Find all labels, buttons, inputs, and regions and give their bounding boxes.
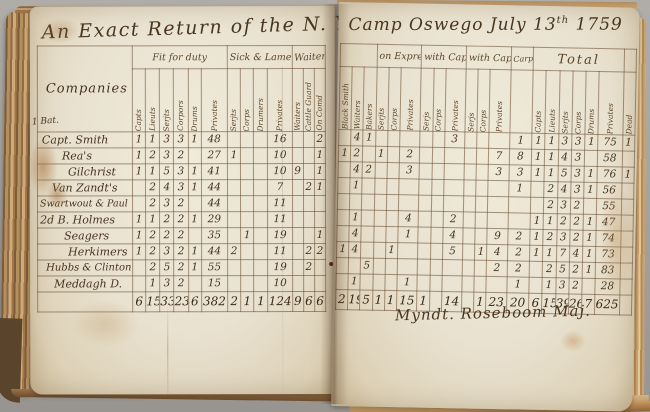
value-cell	[227, 180, 240, 196]
value-cell	[418, 211, 430, 227]
subcolumn-label-text: Corps	[243, 109, 251, 132]
value-cell: 1	[543, 245, 557, 261]
value-cell	[387, 146, 399, 162]
value-cell	[385, 258, 397, 274]
value-cell: 1	[188, 244, 201, 260]
value-cell	[241, 260, 254, 276]
value-cell	[443, 196, 464, 212]
value-cell: 11	[268, 244, 292, 260]
value-cell	[444, 164, 465, 180]
value-cell: 3	[555, 278, 569, 294]
value-cell	[397, 243, 418, 259]
value-cell: 4	[442, 228, 463, 244]
value-cell: 5	[361, 258, 374, 274]
value-cell: 1	[363, 130, 376, 146]
value-cell	[254, 212, 268, 228]
subcolumn-label: Privates	[268, 69, 292, 132]
value-cell	[361, 226, 374, 242]
value-cell	[429, 275, 441, 291]
column-group-label: Total	[533, 47, 624, 72]
value-cell: 2	[146, 260, 160, 276]
value-cell: 2	[303, 180, 314, 196]
value-cell: 1	[146, 276, 160, 292]
value-cell: 1	[545, 133, 559, 149]
value-cell: 10	[268, 276, 292, 292]
value-cell	[462, 276, 474, 292]
value-cell: 3	[488, 164, 509, 180]
value-cell	[374, 210, 386, 226]
subcolumn-label-text: Waiters	[353, 100, 361, 129]
company-name-cell: Gilchrist	[37, 164, 132, 180]
value-cell: 1	[532, 133, 546, 149]
subcolumn-label: Drums	[585, 71, 599, 134]
value-cell: 2	[174, 228, 188, 244]
total-cell: 1	[241, 292, 254, 312]
value-cell	[292, 260, 303, 276]
total-cell: 2	[228, 292, 241, 312]
value-cell	[474, 276, 486, 292]
value-cell: 1	[227, 148, 240, 164]
value-cell: 5	[160, 260, 174, 276]
value-cell: 1	[583, 214, 597, 230]
value-cell	[619, 279, 632, 295]
companies-header: Companies	[37, 46, 132, 132]
subcolumn-label-text: Corps	[575, 111, 583, 134]
value-cell	[464, 164, 476, 180]
value-cell: 2	[507, 245, 530, 261]
subcolumn-label-text: Privates	[406, 99, 414, 130]
value-cell: 1	[545, 149, 559, 165]
value-cell	[465, 132, 477, 148]
value-cell	[386, 178, 398, 194]
value-cell: 1	[508, 181, 531, 197]
subcolumn-label-text: Corpors	[177, 101, 185, 132]
subcolumn-label: Cattle Guard	[303, 69, 314, 132]
value-cell	[508, 197, 531, 213]
company-name-cell: Capt. Smith	[37, 132, 132, 148]
value-cell: 7	[268, 180, 292, 196]
value-cell	[292, 148, 303, 164]
value-cell: 2	[174, 260, 188, 276]
value-cell	[420, 147, 432, 163]
value-cell	[418, 227, 430, 243]
value-cell	[227, 212, 240, 228]
value-cell: 19	[268, 260, 292, 276]
value-cell	[240, 164, 253, 180]
value-cell: 3	[557, 198, 571, 214]
value-cell: 5	[558, 166, 572, 182]
subcolumn-label-text: Drumers	[257, 98, 265, 131]
value-cell: 1	[475, 244, 487, 260]
value-cell	[508, 213, 531, 229]
value-cell	[254, 260, 268, 276]
value-cell	[463, 196, 475, 212]
total-cell	[619, 295, 632, 315]
value-cell: 1	[132, 148, 145, 164]
column-group-label: Carpenters	[511, 46, 534, 70]
value-cell: 3	[160, 148, 174, 164]
value-cell	[488, 180, 509, 196]
value-cell: 1	[146, 164, 160, 180]
value-cell	[361, 242, 374, 258]
value-cell	[374, 194, 386, 210]
value-cell	[303, 212, 314, 228]
value-cell: 2	[487, 260, 508, 276]
value-cell	[132, 180, 145, 196]
value-cell	[431, 195, 443, 211]
value-cell: 76	[597, 166, 622, 182]
value-cell	[254, 228, 268, 244]
total-cell: 124	[268, 292, 292, 312]
value-cell: 3	[160, 276, 174, 292]
value-cell	[254, 196, 268, 212]
value-cell: 2	[146, 244, 160, 260]
value-cell: 7	[489, 148, 510, 164]
value-cell: 2	[303, 260, 314, 276]
value-cell	[488, 196, 509, 212]
value-cell	[363, 146, 376, 162]
right-page: Camp Oswego July 13th 1759 on Expressesw…	[331, 2, 640, 412]
value-cell: 19	[268, 228, 292, 244]
value-cell	[582, 278, 596, 294]
subcolumn-label-text: Privates	[210, 100, 218, 131]
value-cell	[400, 131, 421, 147]
value-cell	[620, 247, 633, 263]
subcolumn-label-text: Privates	[451, 100, 459, 131]
value-cell: 7	[556, 246, 570, 262]
camp-date-text: Camp Oswego July 13	[348, 15, 556, 35]
value-cell	[443, 180, 464, 196]
total-cell: 6	[188, 292, 201, 312]
camp-date-line: Camp Oswego July 13th 1759	[348, 15, 622, 35]
subcolumn-label: Serjts	[227, 69, 240, 132]
company-name-cell: Rea's	[37, 148, 132, 164]
value-cell	[489, 132, 510, 148]
value-cell	[584, 150, 598, 166]
value-cell: 2	[508, 229, 531, 245]
value-cell	[132, 196, 145, 212]
right-muster-table: on Expresseswith Capt M.Kaywith Capt Fla…	[335, 43, 637, 316]
value-cell	[133, 276, 146, 292]
value-cell: 1	[507, 277, 530, 293]
value-cell	[463, 212, 475, 228]
value-cell: 1	[530, 245, 544, 261]
value-cell	[292, 228, 303, 244]
value-cell	[227, 196, 240, 212]
value-cell: 1	[188, 260, 201, 276]
value-cell: 1	[622, 135, 635, 151]
value-cell	[374, 178, 386, 194]
value-cell: 2	[174, 244, 188, 260]
subcolumn-label: Drumers	[253, 69, 267, 132]
value-cell	[477, 132, 489, 148]
value-cell: 2	[160, 212, 174, 228]
value-cell: 2	[570, 230, 584, 246]
value-cell: 5	[442, 244, 463, 260]
value-cell	[464, 180, 476, 196]
value-cell: 1	[582, 262, 596, 278]
value-cell	[417, 275, 429, 291]
value-cell	[477, 148, 489, 164]
total-cell: 23	[174, 292, 188, 312]
value-cell	[442, 260, 463, 276]
value-cell: 9	[292, 164, 303, 180]
value-cell	[486, 276, 507, 292]
value-cell: 11	[268, 196, 292, 212]
value-cell: 74	[596, 230, 621, 246]
value-cell: 1	[146, 212, 160, 228]
value-cell	[292, 212, 303, 228]
subcolumn-label: Privates	[598, 72, 624, 135]
value-cell: 2	[146, 196, 160, 212]
value-cell	[303, 164, 314, 180]
value-cell	[386, 226, 398, 242]
value-cell	[292, 132, 303, 148]
value-cell: 55	[597, 198, 622, 214]
value-cell	[241, 244, 254, 260]
value-cell	[529, 261, 543, 277]
value-cell	[240, 132, 253, 148]
value-cell: 2	[543, 229, 557, 245]
value-cell: 3	[399, 163, 420, 179]
right-table-header: on Expresseswith Capt M.Kaywith Capt Fla…	[339, 44, 637, 136]
value-cell	[303, 276, 314, 292]
value-cell: 2	[146, 228, 160, 244]
subcolumn-label-text: Serjts	[230, 109, 238, 131]
total-cell: 15	[146, 292, 160, 312]
value-cell: 4	[569, 246, 583, 262]
value-cell: 2	[174, 276, 188, 292]
value-cell: 1	[133, 244, 146, 260]
total-cell: 19	[348, 290, 361, 310]
value-cell	[303, 148, 314, 164]
value-cell	[398, 195, 419, 211]
value-cell: 56	[597, 182, 622, 198]
subcolumn-label: Serjts	[160, 69, 174, 132]
value-cell: 3	[570, 182, 584, 198]
camp-date-year: 1759	[569, 15, 623, 35]
value-cell	[387, 162, 399, 178]
value-cell	[444, 148, 465, 164]
value-cell: 3	[160, 132, 174, 148]
value-cell	[292, 244, 303, 260]
subcolumn-label: Lieuts	[545, 70, 559, 133]
value-cell: 3	[509, 165, 532, 181]
value-cell: 1	[582, 246, 596, 262]
value-cell: 2	[228, 244, 241, 260]
value-cell	[303, 228, 314, 244]
value-cell: 41	[201, 164, 227, 180]
subcolumn-label: Privates	[445, 69, 467, 132]
camp-date-superscript: th	[557, 15, 569, 26]
value-cell	[476, 180, 488, 196]
value-cell	[254, 164, 268, 180]
subcolumn-label: Privates	[201, 69, 227, 132]
value-cell: 2	[507, 261, 530, 277]
value-cell	[431, 211, 443, 227]
subcolumn-label-text: Serjts	[561, 111, 569, 133]
value-cell: 1	[531, 149, 545, 165]
value-cell: 2	[544, 181, 558, 197]
value-cell: 1	[188, 132, 201, 148]
value-cell: 1	[530, 213, 544, 229]
value-cell	[241, 180, 254, 196]
subcolumn-label: Privates	[489, 69, 511, 132]
value-cell	[432, 163, 444, 179]
value-cell: 4	[349, 226, 361, 242]
value-cell	[419, 179, 431, 195]
value-cell	[387, 130, 399, 146]
value-cell: 1	[530, 229, 544, 245]
company-name-cell: Swartwout & Paul	[38, 196, 133, 212]
value-cell: 1	[132, 164, 145, 180]
value-cell: 3	[571, 150, 585, 166]
value-cell	[375, 162, 387, 178]
value-cell	[531, 181, 545, 197]
value-cell: 1	[583, 230, 597, 246]
value-cell: 3	[160, 196, 174, 212]
value-cell: 8	[509, 149, 532, 165]
subcolumn-label-text: Lieuts	[548, 110, 556, 134]
value-cell: 9	[487, 228, 508, 244]
value-cell	[254, 180, 268, 196]
value-cell: 1	[397, 275, 418, 291]
value-cell: 1	[584, 182, 598, 198]
value-cell	[227, 228, 240, 244]
value-cell	[292, 180, 303, 196]
value-cell	[386, 194, 398, 210]
value-cell: 1	[350, 178, 362, 194]
value-cell	[621, 199, 634, 215]
value-cell: 2	[569, 262, 583, 278]
value-cell: 4	[351, 130, 363, 146]
value-cell	[399, 179, 420, 195]
value-cell	[430, 259, 442, 275]
value-cell: 1	[585, 134, 599, 150]
value-cell: 44	[201, 244, 227, 260]
value-cell: 2	[569, 278, 583, 294]
value-cell: 47	[596, 214, 621, 230]
value-cell: 44	[201, 180, 227, 196]
subcolumn-label: Drums	[188, 69, 201, 132]
value-cell	[531, 197, 545, 213]
value-cell	[254, 132, 268, 148]
value-cell: 3	[556, 230, 570, 246]
value-cell	[188, 228, 201, 244]
subcolumn-label: Corps	[572, 71, 586, 134]
column-group-label: Fit for duty	[132, 46, 227, 69]
right-table-body: 4131113317511212781143584233311531761112…	[335, 130, 634, 316]
value-cell: 3	[558, 134, 572, 150]
value-cell	[254, 148, 268, 164]
open-ledger-book: An Exact Return of the N. York Regim. 1 …	[0, 0, 650, 412]
value-cell	[188, 196, 201, 212]
value-cell	[373, 258, 385, 274]
value-cell	[362, 194, 375, 210]
value-cell	[432, 147, 444, 163]
value-cell: 3	[444, 132, 465, 148]
value-cell: 4	[350, 162, 362, 178]
column-group-label	[624, 49, 637, 72]
value-cell	[464, 148, 476, 164]
value-cell: 4	[557, 182, 571, 198]
column-group-label: with Capt Flatkin	[466, 46, 511, 70]
value-cell	[254, 276, 268, 292]
value-cell: 5	[160, 164, 174, 180]
value-cell: 83	[595, 262, 620, 278]
total-cell: 1	[372, 290, 385, 310]
value-cell	[475, 212, 487, 228]
subcolumn-label-text: Waiters	[294, 102, 302, 131]
value-cell: 16	[268, 132, 292, 148]
value-cell: 1	[509, 133, 532, 149]
value-cell: 55	[201, 260, 227, 276]
value-cell: 11	[268, 212, 292, 228]
value-cell: 1	[133, 212, 146, 228]
company-name-cell: Van Zandt's	[37, 180, 132, 196]
value-cell	[241, 276, 254, 292]
value-cell: 4	[487, 244, 508, 260]
value-cell	[430, 227, 442, 243]
value-cell: 3	[571, 134, 585, 150]
value-cell	[475, 228, 487, 244]
value-cell	[622, 151, 635, 167]
column-group-label: with Capt M.Kay	[421, 45, 466, 69]
value-cell	[375, 130, 387, 146]
total-cell: 6	[133, 292, 146, 312]
value-cell	[303, 196, 314, 212]
value-cell	[420, 131, 432, 147]
value-cell: 4	[349, 242, 361, 258]
value-cell	[292, 276, 303, 292]
value-cell	[227, 164, 240, 180]
subcolumn-label: Lieuts	[145, 69, 159, 132]
value-cell	[227, 132, 240, 148]
value-cell: 5	[556, 262, 570, 278]
value-cell: 1	[132, 132, 145, 148]
subcolumn-label: Waiters	[292, 69, 303, 132]
value-cell: 2	[303, 244, 314, 260]
value-cell: 1	[542, 277, 556, 293]
value-cell: 2	[399, 147, 420, 163]
value-cell	[463, 228, 475, 244]
subcolumn-label-text: Corps	[390, 107, 398, 130]
value-cell: 2	[443, 212, 464, 228]
value-cell: 2	[146, 148, 160, 164]
value-cell: 4	[160, 180, 174, 196]
company-name-cell: Herkimers	[38, 244, 133, 260]
value-cell	[621, 215, 634, 231]
value-cell: 4	[558, 150, 572, 166]
subcolumn-label-text: Dead	[625, 115, 633, 135]
value-cell: 3	[160, 244, 174, 260]
subcolumn-label: Dead	[623, 72, 637, 135]
value-cell	[419, 163, 431, 179]
value-cell: 1	[133, 228, 146, 244]
value-cell	[418, 259, 430, 275]
value-cell	[254, 244, 268, 260]
value-cell	[583, 198, 597, 214]
value-cell	[292, 196, 303, 212]
value-cell: 2	[160, 228, 174, 244]
value-cell	[418, 243, 430, 259]
value-cell	[529, 277, 543, 293]
value-cell: 1	[188, 164, 201, 180]
value-cell	[430, 243, 442, 259]
value-cell: 2	[174, 212, 188, 228]
value-cell: 3	[174, 132, 188, 148]
total-cell: 382	[201, 292, 227, 312]
